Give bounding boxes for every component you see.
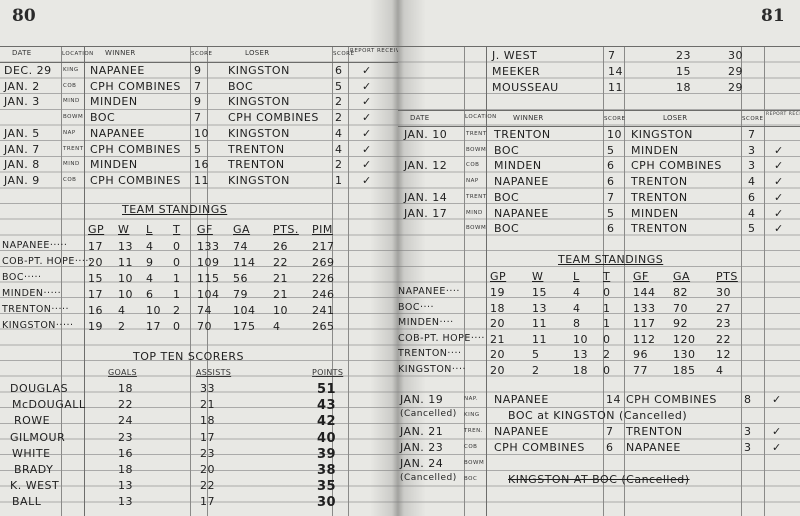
scorer-points: 39 [317, 447, 336, 462]
game-winner: MINDEN [494, 159, 542, 172]
scorer-name: MOUSSEAU [492, 81, 559, 94]
standings-value: 22 [273, 256, 288, 269]
standings-value: 1 [173, 272, 181, 285]
report-check: ✓ [774, 159, 784, 172]
game-location: BOWM [464, 460, 484, 466]
standings-value: 6 [146, 288, 154, 301]
scorer-goals: 11 [608, 81, 623, 94]
standings-team: NAPANEE····· [2, 240, 67, 251]
game-loser: CPH COMBINES [631, 159, 722, 172]
standings-team: BOC····· [2, 272, 42, 283]
game-date: JAN. 10 [404, 128, 447, 141]
game-loser: KINGSTON [228, 64, 290, 77]
standings-value: 18 [490, 302, 505, 315]
report-check: ✓ [774, 175, 784, 188]
header-rule [398, 46, 800, 47]
winner-score: 10 [194, 127, 209, 140]
scorers-column-header: GOALS [108, 368, 137, 377]
standings-title: TEAM STANDINGS [122, 203, 227, 216]
standings-value: 21 [273, 272, 288, 285]
standings-value: 246 [312, 288, 335, 301]
standings-value: 20 [490, 317, 505, 330]
report-check: ✓ [772, 425, 782, 438]
scorer-goals: 23 [118, 431, 133, 444]
scorer-name: MEEKER [492, 65, 540, 78]
game-loser: KINGSTON [228, 95, 290, 108]
left-page: 80 DATELOCATIONWINNERSCORELOSERSCOREREPO… [0, 0, 398, 516]
game-loser: KINGSTON [228, 127, 290, 140]
standings-value: 117 [633, 317, 656, 330]
scorer-assists: 18 [200, 414, 215, 427]
game-location: MIND [63, 161, 80, 167]
column-rule [190, 46, 191, 516]
scorer-name: GILMOUR [10, 431, 65, 444]
report-check: ✓ [772, 441, 782, 454]
game-date: JAN. 3 [4, 95, 40, 108]
standings-value: 2 [532, 364, 540, 377]
loser-score: 4 [748, 175, 756, 188]
scorer-points: 30 [317, 495, 336, 510]
standings-value: 0 [173, 320, 181, 333]
scorer-points: 42 [317, 414, 336, 429]
column-header-winner: WINNER [105, 49, 136, 57]
loser-score: 3 [748, 144, 756, 157]
loser-score: 5 [335, 80, 343, 93]
standings-value: 1 [603, 302, 611, 315]
standings-value: 20 [490, 364, 505, 377]
game-location: NAP. [464, 396, 478, 402]
winner-score: 6 [606, 441, 614, 454]
standings-value: 21 [490, 333, 505, 346]
game-date: JAN. 12 [404, 159, 447, 172]
game-date: JAN. 5 [4, 127, 40, 140]
standings-value: 20 [490, 348, 505, 361]
standings-value: 19 [490, 286, 505, 299]
standings-value: 74 [197, 304, 212, 317]
standings-value: 2 [118, 320, 126, 333]
standings-value: 10 [146, 304, 161, 317]
scorer-assists: 18 [676, 81, 691, 94]
scorers-column-header: POINTS [312, 368, 343, 377]
game-winner: NAPANEE [90, 64, 145, 77]
standings-column-header: PTS. [273, 223, 299, 236]
standings-value: 0 [173, 240, 181, 253]
scorer-name: K. WEST [10, 479, 59, 492]
standings-column-header: GA [673, 270, 690, 283]
scorer-goals: 18 [118, 463, 133, 476]
standings-team: MINDEN···· [398, 317, 454, 328]
loser-score: 5 [748, 222, 756, 235]
standings-value: 133 [633, 302, 656, 315]
standings-team: COB-PT. HOPE···· [398, 333, 485, 344]
winner-score: 14 [606, 393, 621, 406]
scorer-goals: 14 [608, 65, 623, 78]
report-check: ✓ [362, 174, 372, 187]
game-winner: NAPANEE [494, 425, 549, 438]
ledger-spread: 80 DATELOCATIONWINNERSCORELOSERSCOREREPO… [0, 0, 800, 516]
report-check: ✓ [774, 191, 784, 204]
game-date: DEC. 29 [4, 64, 52, 77]
game-winner: CPH COMBINES [494, 441, 585, 454]
scorer-goals: 7 [608, 49, 616, 62]
standings-value: 217 [312, 240, 335, 253]
game-loser: MINDEN [631, 144, 679, 157]
game-date: JAN. 2 [4, 80, 40, 93]
report-check: ✓ [774, 207, 784, 220]
standings-value: 0 [173, 256, 181, 269]
page-number: 81 [761, 6, 785, 26]
scorer-assists: 20 [200, 463, 215, 476]
standings-value: 96 [633, 348, 648, 361]
right-page: 81 J. WEST72330MEEKER141529MOUSSEAU11182… [398, 0, 800, 516]
scorer-goals: 13 [118, 495, 133, 508]
report-check: ✓ [362, 111, 372, 124]
game-date: JAN. 14 [404, 191, 447, 204]
game-loser: KINGSTON [228, 174, 290, 187]
standings-value: 2 [173, 304, 181, 317]
standings-value: 133 [197, 240, 220, 253]
game-location: KING [63, 67, 79, 73]
standings-value: 13 [118, 240, 133, 253]
column-header-winner: WINNER [513, 114, 544, 122]
scorer-name: WHITE [12, 447, 51, 460]
game-winner: CPH COMBINES [90, 143, 181, 156]
game-date: JAN. 23 [400, 441, 443, 454]
standings-column-header: W [532, 270, 543, 283]
standings-value: 130 [673, 348, 696, 361]
column-rule [764, 46, 765, 516]
standings-column-header: GF [633, 270, 649, 283]
loser-score: 3 [748, 159, 756, 172]
standings-column-header: W [118, 223, 129, 236]
standings-value: 16 [88, 304, 103, 317]
report-check: ✓ [772, 393, 782, 406]
column-rule [348, 46, 349, 516]
winner-score: 6 [607, 159, 615, 172]
standings-value: 1 [173, 288, 181, 301]
standings-value: 120 [673, 333, 696, 346]
game-location: NAP [466, 178, 479, 184]
game-loser: TRENTON [631, 222, 688, 235]
header-rule [0, 62, 398, 63]
standings-value: 4 [146, 272, 154, 285]
standings-column-header: L [573, 270, 580, 283]
loser-score: 4 [748, 207, 756, 220]
ruled-lines [398, 46, 800, 516]
report-check: ✓ [362, 95, 372, 108]
winner-score: 7 [607, 191, 615, 204]
scorer-assists: 17 [200, 431, 215, 444]
standings-value: 4 [573, 286, 581, 299]
winner-score: 6 [607, 222, 615, 235]
game-loser: BOC [228, 80, 253, 93]
scorer-points: 38 [317, 463, 336, 478]
loser-score: 1 [335, 174, 343, 187]
standings-value: 23 [716, 317, 731, 330]
standings-value: 0 [603, 333, 611, 346]
scorer-goals: 22 [118, 398, 133, 411]
standings-value: 56 [233, 272, 248, 285]
scorer-assists: 17 [200, 495, 215, 508]
standings-value: 175 [233, 320, 256, 333]
standings-value: 2 [603, 348, 611, 361]
scorers-column-header: ASSISTS [196, 368, 231, 377]
standings-value: 104 [197, 288, 220, 301]
column-header-location: LOCATION [62, 51, 94, 57]
scorer-name: J. WEST [492, 49, 537, 62]
standings-value: 70 [673, 302, 688, 315]
game-loser: TRENTON [631, 191, 688, 204]
standings-value: 19 [88, 320, 103, 333]
cancelled-game-note: KINGSTON AT BOC (Cancelled) [508, 473, 690, 486]
game-winner: NAPANEE [494, 175, 549, 188]
standings-value: 4 [573, 302, 581, 315]
scorers-title: TOP TEN SCORERS [133, 350, 244, 363]
winner-score: 9 [194, 95, 202, 108]
column-rule [84, 46, 85, 516]
winner-score: 7 [194, 80, 202, 93]
column-header-score: SCORE [191, 51, 212, 57]
standings-team: KINGSTON····· [2, 320, 74, 331]
loser-score: 8 [744, 393, 752, 406]
loser-score: 4 [335, 143, 343, 156]
standings-team: COB-PT. HOPE····· [2, 256, 92, 267]
column-rule [61, 46, 62, 516]
game-winner: BOC [494, 144, 519, 157]
standings-value: 4 [716, 364, 724, 377]
standings-value: 17 [88, 288, 103, 301]
standings-value: 30 [716, 286, 731, 299]
game-loser: MINDEN [631, 207, 679, 220]
scorer-points: 29 [728, 81, 743, 94]
game-location: TRENT [466, 194, 487, 200]
standings-column-header: T [173, 223, 180, 236]
scorer-name: BRADY [14, 463, 53, 476]
game-winner: CPH COMBINES [90, 174, 181, 187]
game-winner: NAPANEE [90, 127, 145, 140]
scorer-goals: 18 [118, 382, 133, 395]
column-header-report: REPORT RECEIVED [766, 112, 800, 117]
game-loser: CPH COMBINES [228, 111, 319, 124]
standings-team: NAPANEE···· [398, 286, 460, 297]
loser-score: 4 [335, 127, 343, 140]
winner-score: 16 [194, 158, 209, 171]
standings-value: 15 [532, 286, 547, 299]
header-rule [0, 46, 398, 47]
column-header-date: DATE [410, 114, 429, 122]
standings-value: 22 [716, 333, 731, 346]
game-loser: TRENTON [228, 143, 285, 156]
standings-team: MINDEN····· [2, 288, 61, 299]
loser-score: 7 [748, 128, 756, 141]
winner-score: 5 [607, 144, 615, 157]
game-location: MIND [63, 98, 80, 104]
standings-value: 112 [633, 333, 656, 346]
winner-score: 10 [607, 128, 622, 141]
standings-value: 5 [532, 348, 540, 361]
game-winner: BOC [494, 191, 519, 204]
standings-column-header: GP [88, 223, 104, 236]
standings-value: 77 [633, 364, 648, 377]
report-check: ✓ [774, 222, 784, 235]
standings-value: 12 [716, 348, 731, 361]
standings-value: 109 [197, 256, 220, 269]
scorer-goals: 16 [118, 447, 133, 460]
standings-value: 27 [716, 302, 731, 315]
standings-team: BOC···· [398, 302, 434, 313]
game-location: TRENT [466, 131, 487, 137]
standings-value: 17 [146, 320, 161, 333]
standings-column-header: L [146, 223, 153, 236]
standings-value: 114 [233, 256, 256, 269]
column-header-location: LOCATION [465, 114, 497, 120]
loser-score: 2 [335, 158, 343, 171]
winner-score: 9 [194, 64, 202, 77]
scorer-points: 29 [728, 65, 743, 78]
winner-score: 7 [606, 425, 614, 438]
scorer-assists: 33 [200, 382, 215, 395]
standings-column-header: GP [490, 270, 506, 283]
standings-value: 70 [197, 320, 212, 333]
game-date: JAN. 7 [4, 143, 40, 156]
scorer-assists: 15 [676, 65, 691, 78]
loser-score: 6 [748, 191, 756, 204]
standings-title: TEAM STANDINGS [558, 253, 663, 266]
standings-value: 4 [273, 320, 281, 333]
report-check: ✓ [774, 144, 784, 157]
standings-value: 26 [273, 240, 288, 253]
standings-value: 79 [233, 288, 248, 301]
standings-value: 1 [603, 317, 611, 330]
header-rule [398, 126, 800, 127]
standings-value: 82 [673, 286, 688, 299]
standings-team: KINGSTON···· [398, 364, 466, 375]
scorer-name: McDOUGALL [12, 398, 86, 411]
standings-value: 185 [673, 364, 696, 377]
scorer-assists: 21 [200, 398, 215, 411]
winner-score: 5 [607, 207, 615, 220]
game-loser: TRENTON [631, 175, 688, 188]
game-winner: BOC [90, 111, 115, 124]
game-winner: NAPANEE [494, 207, 549, 220]
game-loser: TRENTON [626, 425, 683, 438]
standings-value: 4 [146, 240, 154, 253]
game-winner: MINDEN [90, 95, 138, 108]
winner-score: 6 [607, 175, 615, 188]
game-location: KING [464, 412, 480, 418]
game-location: BOC [464, 476, 477, 482]
game-winner: MINDEN [90, 158, 138, 171]
column-header-date: DATE [12, 49, 31, 57]
standings-value: 8 [573, 317, 581, 330]
report-check: ✓ [362, 80, 372, 93]
standings-value: 265 [312, 320, 335, 333]
standings-value: 104 [233, 304, 256, 317]
standings-value: 15 [88, 272, 103, 285]
report-check: ✓ [362, 158, 372, 171]
standings-column-header: GF [197, 223, 213, 236]
column-header-loser: LOSER [245, 49, 269, 57]
game-location: COB [63, 177, 76, 183]
loser-score: 2 [335, 95, 343, 108]
scorer-points: 51 [317, 382, 336, 397]
standings-value: 226 [312, 272, 335, 285]
page-number: 80 [12, 6, 36, 26]
winner-score: 7 [194, 111, 202, 124]
column-header-loser: LOSER [663, 114, 687, 122]
winner-score: 11 [194, 174, 209, 187]
game-date: JAN. 19 [400, 393, 443, 406]
report-check: ✓ [362, 64, 372, 77]
game-location: NAP [63, 130, 76, 136]
game-date: (Cancelled) [400, 473, 457, 483]
column-header-score: SCORE [604, 116, 625, 122]
report-check: ✓ [362, 143, 372, 156]
loser-score: 2 [335, 111, 343, 124]
standings-value: 92 [673, 317, 688, 330]
scorer-points: 43 [317, 398, 336, 413]
standings-value: 115 [197, 272, 220, 285]
scorer-assists: 23 [200, 447, 215, 460]
game-winner: NAPANEE [494, 393, 549, 406]
game-location: MIND [466, 210, 483, 216]
winner-score: 5 [194, 143, 202, 156]
standings-value: 11 [532, 333, 547, 346]
header-rule [398, 110, 800, 111]
scorer-points: 35 [317, 479, 336, 494]
game-date: JAN. 8 [4, 158, 40, 171]
scorer-points: 40 [317, 431, 336, 446]
scorer-name: BALL [12, 495, 41, 508]
standings-column-header: PTS [716, 270, 738, 283]
standings-column-header: PIM [312, 223, 333, 236]
standings-value: 13 [532, 302, 547, 315]
loser-score: 3 [744, 441, 752, 454]
standings-value: 9 [146, 256, 154, 269]
standings-value: 0 [603, 286, 611, 299]
scorer-name: DOUGLAS [10, 382, 68, 395]
scorer-points: 30 [728, 49, 743, 62]
loser-score: 6 [335, 64, 343, 77]
game-location: TREN. [464, 428, 483, 434]
standings-value: 21 [273, 288, 288, 301]
game-location: BOWM [466, 225, 486, 231]
standings-value: 144 [633, 286, 656, 299]
report-check: ✓ [362, 127, 372, 140]
game-loser: KINGSTON [631, 128, 693, 141]
standings-value: 4 [118, 304, 126, 317]
loser-score: 3 [744, 425, 752, 438]
standings-value: 241 [312, 304, 335, 317]
standings-value: 269 [312, 256, 335, 269]
standings-value: 0 [603, 364, 611, 377]
game-date: JAN. 17 [404, 207, 447, 220]
game-date: (Cancelled) [400, 409, 457, 419]
column-header-score: SCORE [742, 116, 763, 122]
standings-column-header: T [603, 270, 610, 283]
standings-value: 10 [118, 272, 133, 285]
game-location: BOWM [63, 114, 83, 120]
column-header-report: REPORT RECEIVED [350, 48, 398, 54]
game-date: JAN. 9 [4, 174, 40, 187]
game-loser: CPH COMBINES [626, 393, 717, 406]
standings-value: 13 [573, 348, 588, 361]
scorer-goals: 13 [118, 479, 133, 492]
game-location: BOWM [466, 147, 486, 153]
standings-value: 11 [118, 256, 133, 269]
cancelled-game-note: BOC at KINGSTON (Cancelled) [508, 409, 687, 422]
game-location: COB [63, 83, 76, 89]
